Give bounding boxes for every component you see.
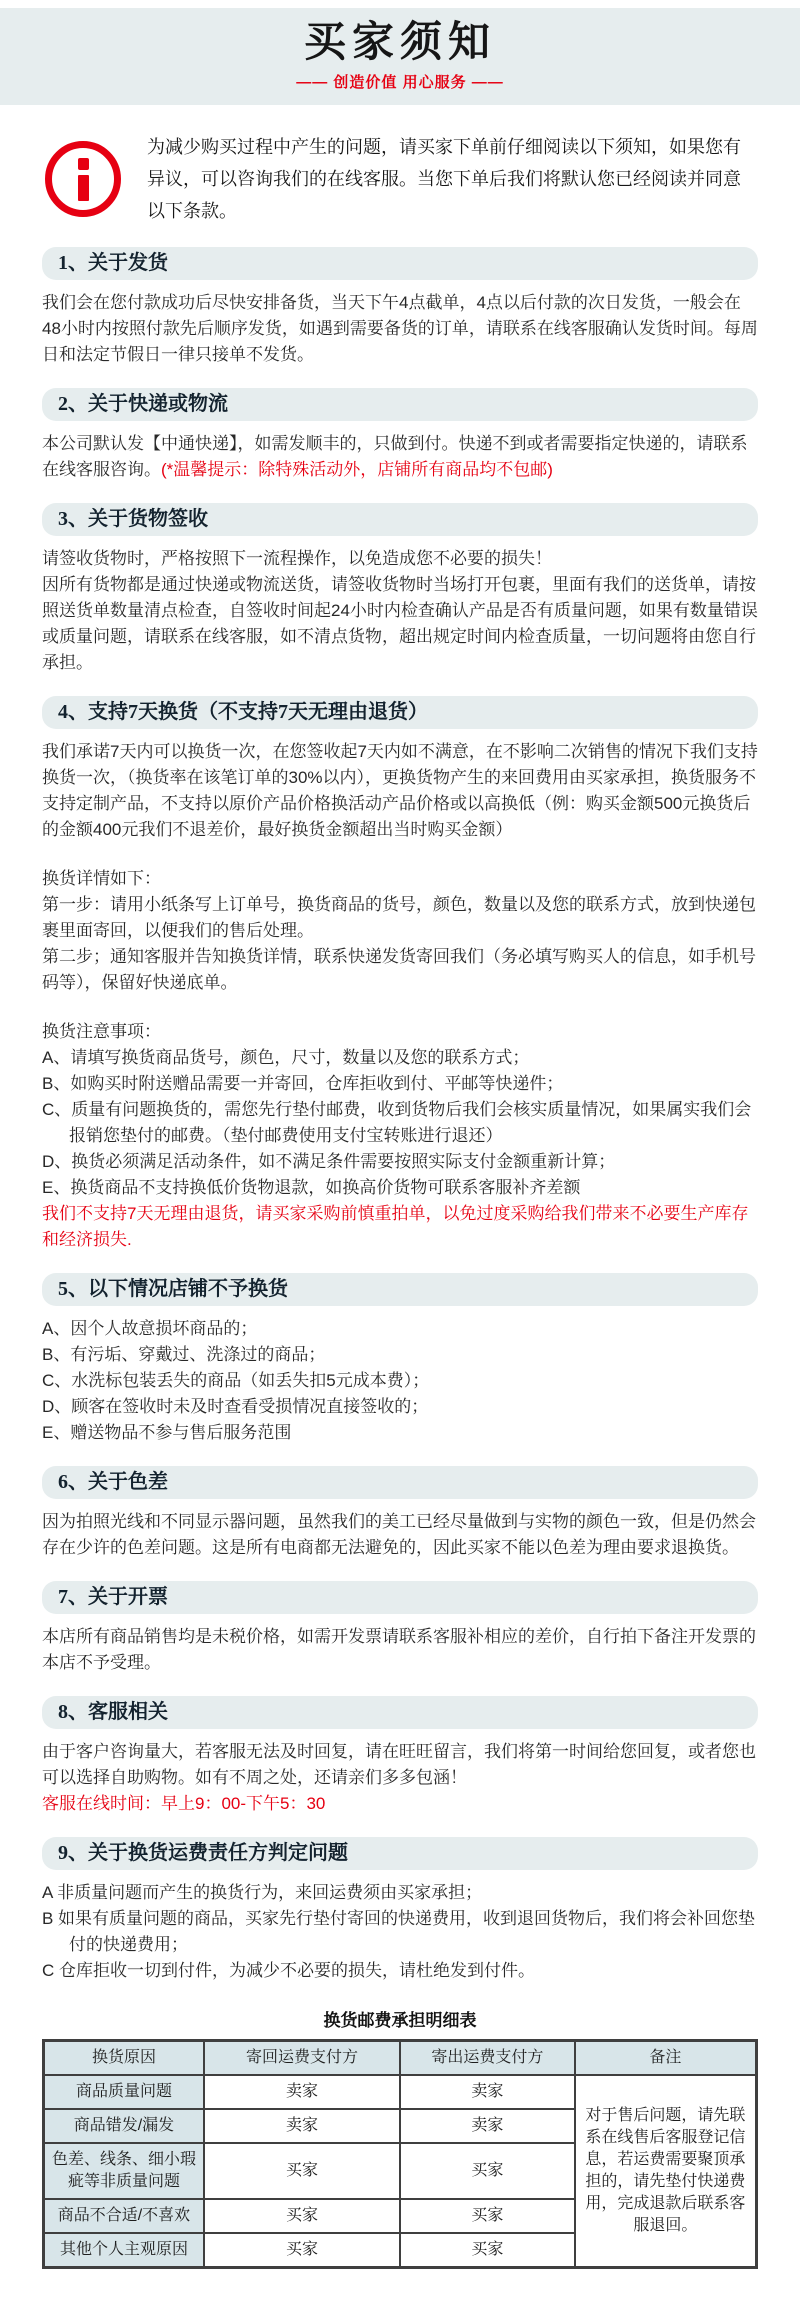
text-run: 我们承诺7天内可以换货一次，在您签收起7天内如不满意，在不影响二次销售的情况下我…	[42, 742, 758, 839]
cell-reason: 色差、线条、细小瑕疵等非质量问题	[44, 2143, 204, 2199]
text-run: 我们会在您付款成功后尽快安排备货，当天下午4点截单，4点以后付款的次日发货，一般…	[42, 293, 758, 364]
paragraph: 客服在线时间：早上9：00-下午5：30	[42, 1791, 758, 1817]
cell-return-payer: 卖家	[204, 2075, 400, 2109]
cell-send-payer: 卖家	[400, 2109, 575, 2143]
list-item: C 仓库拒收一切到付件，为减少不必要的损失，请杜绝发到付件。	[42, 1958, 758, 1984]
section-heading-8: 8、客服相关	[42, 1696, 758, 1729]
text-run: 由于客户咨询量大，若客服无法及时回复，请在旺旺留言，我们将第一时间给您回复，或者…	[42, 1742, 756, 1787]
column-header-send-payer: 寄出运费支付方	[400, 2041, 575, 2076]
paragraph: 本公司默认发【中通快递】，如需发顺丰的，只做到付。快递不到或者需要指定快递的，请…	[42, 431, 758, 483]
paragraph: 我们承诺7天内可以换货一次，在您签收起7天内如不满意，在不影响二次销售的情况下我…	[42, 739, 758, 843]
section-body-7: 本店所有商品销售均是未税价格，如需开发票请联系客服补相应的差价，自行拍下备注开发…	[42, 1624, 758, 1676]
cell-remark: 对于售后问题，请先联系在线售后客服登记信息，若运费需要聚顶承担的，请先垫付快递费…	[575, 2075, 757, 2268]
cell-send-payer: 买家	[400, 2143, 575, 2199]
section-6: 6、关于色差因为拍照光线和不同显示器问题，虽然我们的美工已经尽量做到与实物的颜色…	[42, 1466, 758, 1561]
column-header-reason: 换货原因	[44, 2041, 204, 2076]
text-run: 因为拍照光线和不同显示器问题，虽然我们的美工已经尽量做到与实物的颜色一致，但是仍…	[42, 1512, 756, 1557]
text-run: 换货详情如下：	[42, 869, 161, 888]
section-body-3: 请签收货物时，严格按照下一流程操作，以免造成您不必要的损失！因所有货物都是通过快…	[42, 546, 758, 676]
section-heading-4: 4、支持7天换货（不支持7天无理由退货）	[42, 696, 758, 729]
column-header-return-payer: 寄回运费支付方	[204, 2041, 400, 2076]
list-item: D、顾客在签收时未及时查看受损情况直接签收的；	[42, 1394, 758, 1420]
section-heading-3: 3、关于货物签收	[42, 503, 758, 536]
column-header-remark: 备注	[575, 2041, 757, 2076]
list-item: E、换货商品不支持换低价货物退款，如换高价货物可联系客服补齐差额	[42, 1175, 758, 1201]
section-heading-2: 2、关于快递或物流	[42, 388, 758, 421]
text-run: C、水洗标包装丢失的商品（如丢失扣5元成本费）；	[42, 1371, 429, 1390]
list-item: D、换货必须满足活动条件，如不满足条件需要按照实际支付金额重新计算；	[42, 1149, 758, 1175]
paragraph: 本店所有商品销售均是未税价格，如需开发票请联系客服补相应的差价，自行拍下备注开发…	[42, 1624, 758, 1676]
text-run: D、换货必须满足活动条件，如不满足条件需要按照实际支付金额重新计算；	[42, 1152, 615, 1171]
paragraph: 第一步：请用小纸条写上订单号，换货商品的货号，颜色，数量以及您的联系方式，放到快…	[42, 892, 758, 944]
text-run: 第一步：请用小纸条写上订单号，换货商品的货号，颜色，数量以及您的联系方式，放到快…	[42, 895, 756, 940]
text-run: B 如果有质量问题的商品，买家先行垫付寄回的快递费用，收到退回货物后，我们将会补…	[42, 1909, 755, 1954]
info-icon-dot	[78, 158, 89, 170]
paragraph: 因所有货物都是通过快递或物流送货，请签收货物时当场打开包裹，里面有我们的送货单，…	[42, 572, 758, 676]
section-5: 5、以下情况店铺不予换货A、因个人故意损坏商品的；B、有污垢、穿戴过、洗涤过的商…	[42, 1273, 758, 1446]
red-text: 我们不支持7天无理由退货，请买家采购前慎重拍单，以免过度采购给我们带来不必要生产…	[42, 1204, 748, 1249]
text-run: 因所有货物都是通过快递或物流送货，请签收货物时当场打开包裹，里面有我们的送货单，…	[42, 575, 758, 672]
list-item: A 非质量问题而产生的换货行为，来回运费须由买家承担；	[42, 1880, 758, 1906]
list-item: A、请填写换货商品货号，颜色，尺寸，数量以及您的联系方式；	[42, 1045, 758, 1071]
fee-table-body: 商品质量问题卖家卖家对于售后问题，请先联系在线售后客服登记信息，若运费需要聚顶承…	[44, 2075, 757, 2268]
paragraph: 我们会在您付款成功后尽快安排备货，当天下午4点截单，4点以后付款的次日发货，一般…	[42, 290, 758, 368]
section-body-6: 因为拍照光线和不同显示器问题，虽然我们的美工已经尽量做到与实物的颜色一致，但是仍…	[42, 1509, 758, 1561]
section-body-8: 由于客户咨询量大，若客服无法及时回复，请在旺旺留言，我们将第一时间给您回复，或者…	[42, 1739, 758, 1817]
cell-reason: 其他个人主观原因	[44, 2233, 204, 2268]
paragraph: 我们不支持7天无理由退货，请买家采购前慎重拍单，以免过度采购给我们带来不必要生产…	[42, 1201, 758, 1253]
fee-table-title: 换货邮费承担明细表	[42, 2006, 758, 2031]
paragraph: 因为拍照光线和不同显示器问题，虽然我们的美工已经尽量做到与实物的颜色一致，但是仍…	[42, 1509, 758, 1561]
list-item: C、水洗标包装丢失的商品（如丢失扣5元成本费）；	[42, 1368, 758, 1394]
buyer-notice-page: { "colors": { "accent_red": "#e60012", "…	[0, 8, 800, 2299]
cell-return-payer: 卖家	[204, 2109, 400, 2143]
cell-send-payer: 买家	[400, 2233, 575, 2268]
section-body-5: A、因个人故意损坏商品的；B、有污垢、穿戴过、洗涤过的商品；C、水洗标包装丢失的…	[42, 1316, 758, 1446]
text-run: A、请填写换货商品货号，颜色，尺寸，数量以及您的联系方式；	[42, 1048, 529, 1067]
text-run: 第二步；通知客服并告知换货详情，联系快递发货寄回我们（务必填写购买人的信息，如手…	[42, 947, 756, 992]
section-2: 2、关于快递或物流本公司默认发【中通快递】，如需发顺丰的，只做到付。快递不到或者…	[42, 388, 758, 483]
page-title: 买家须知	[0, 18, 800, 66]
cell-return-payer: 买家	[204, 2143, 400, 2199]
text-run: A、因个人故意损坏商品的；	[42, 1319, 257, 1338]
red-text: (*温馨提示：除特殊活动外，店铺所有商品均不包邮)	[161, 460, 553, 479]
section-1: 1、关于发货我们会在您付款成功后尽快安排备货，当天下午4点截单，4点以后付款的次…	[42, 247, 758, 368]
paragraph: 由于客户咨询量大，若客服无法及时回复，请在旺旺留言，我们将第一时间给您回复，或者…	[42, 1739, 758, 1791]
cell-send-payer: 卖家	[400, 2075, 575, 2109]
info-icon-stem	[78, 175, 89, 201]
section-body-2: 本公司默认发【中通快递】，如需发顺丰的，只做到付。快递不到或者需要指定快递的，请…	[42, 431, 758, 483]
cell-return-payer: 买家	[204, 2199, 400, 2233]
intro-banner: 为减少购买过程中产生的问题，请买家下单前仔细阅读以下须知，如果您有异议，可以咨询…	[45, 131, 755, 227]
fee-table-header-row: 换货原因 寄回运费支付方 寄出运费支付方 备注	[44, 2041, 757, 2076]
section-7: 7、关于开票本店所有商品销售均是未税价格，如需开发票请联系客服补相应的差价，自行…	[42, 1581, 758, 1676]
fee-table: 换货原因 寄回运费支付方 寄出运费支付方 备注 商品质量问题卖家卖家对于售后问题…	[42, 2039, 758, 2269]
section-heading-1: 1、关于发货	[42, 247, 758, 280]
text-run: E、赠送物品不参与售后服务范围	[42, 1423, 291, 1442]
notice-sections: 1、关于发货我们会在您付款成功后尽快安排备货，当天下午4点截单，4点以后付款的次…	[42, 247, 758, 1984]
list-item: A、因个人故意损坏商品的；	[42, 1316, 758, 1342]
spacer	[42, 843, 758, 866]
cell-reason: 商品质量问题	[44, 2075, 204, 2109]
list-item: B、如购买时附送赠品需要一并寄回，仓库拒收到付、平邮等快递件；	[42, 1071, 758, 1097]
red-text: 客服在线时间：早上9：00-下午5：30	[42, 1794, 325, 1813]
section-9: 9、关于换货运费责任方判定问题A 非质量问题而产生的换货行为，来回运费须由买家承…	[42, 1837, 758, 1984]
text-run: 请签收货物时，严格按照下一流程操作，以免造成您不必要的损失！	[42, 549, 552, 568]
fee-table-row: 商品质量问题卖家卖家对于售后问题，请先联系在线售后客服登记信息，若运费需要聚顶承…	[44, 2075, 757, 2109]
fee-table-section: 换货邮费承担明细表 换货原因 寄回运费支付方 寄出运费支付方 备注 商品质量问题…	[42, 2006, 758, 2299]
text-run: D、顾客在签收时未及时查看受损情况直接签收的；	[42, 1397, 428, 1416]
text-run: A 非质量问题而产生的换货行为，来回运费须由买家承担；	[42, 1883, 482, 1902]
section-body-9: A 非质量问题而产生的换货行为，来回运费须由买家承担；B 如果有质量问题的商品，…	[42, 1880, 758, 1984]
text-run: B、如购买时附送赠品需要一并寄回，仓库拒收到付、平邮等快递件；	[42, 1074, 563, 1093]
paragraph: 请签收货物时，严格按照下一流程操作，以免造成您不必要的损失！	[42, 546, 758, 572]
section-heading-9: 9、关于换货运费责任方判定问题	[42, 1837, 758, 1870]
section-heading-5: 5、以下情况店铺不予换货	[42, 1273, 758, 1306]
intro-text: 为减少购买过程中产生的问题，请买家下单前仔细阅读以下须知，如果您有异议，可以咨询…	[147, 131, 755, 227]
paragraph: 换货注意事项：	[42, 1019, 758, 1045]
cell-reason: 商品不合适/不喜欢	[44, 2199, 204, 2233]
info-icon	[45, 141, 121, 217]
cell-reason: 商品错发/漏发	[44, 2109, 204, 2143]
list-item: B 如果有质量问题的商品，买家先行垫付寄回的快递费用，收到退回货物后，我们将会补…	[42, 1906, 758, 1958]
section-4: 4、支持7天换货（不支持7天无理由退货）我们承诺7天内可以换货一次，在您签收起7…	[42, 696, 758, 1253]
section-heading-7: 7、关于开票	[42, 1581, 758, 1614]
text-run: E、换货商品不支持换低价货物退款，如换高价货物可联系客服补齐差额	[42, 1178, 580, 1197]
cell-return-payer: 买家	[204, 2233, 400, 2268]
text-run: B、有污垢、穿戴过、洗涤过的商品；	[42, 1345, 325, 1364]
list-item: C、质量有问题换货的，需您先行垫付邮费，收到货物后我们会核实质量情况，如果属实我…	[42, 1097, 758, 1149]
text-run: 换货注意事项：	[42, 1022, 161, 1041]
cell-send-payer: 买家	[400, 2199, 575, 2233]
paragraph: 换货详情如下：	[42, 866, 758, 892]
list-item: E、赠送物品不参与售后服务范围	[42, 1420, 758, 1446]
text-run: C、质量有问题换货的，需您先行垫付邮费，收到货物后我们会核实质量情况，如果属实我…	[42, 1100, 751, 1145]
masthead: 买家须知 —— 创造价值 用心服务 ——	[0, 8, 800, 105]
text-run: C 仓库拒收一切到付件，为减少不必要的损失，请杜绝发到付件。	[42, 1961, 535, 1980]
section-8: 8、客服相关由于客户咨询量大，若客服无法及时回复，请在旺旺留言，我们将第一时间给…	[42, 1696, 758, 1817]
paragraph: 第二步；通知客服并告知换货详情，联系快递发货寄回我们（务必填写购买人的信息，如手…	[42, 944, 758, 996]
section-body-4: 我们承诺7天内可以换货一次，在您签收起7天内如不满意，在不影响二次销售的情况下我…	[42, 739, 758, 1253]
text-run: 本店所有商品销售均是未税价格，如需开发票请联系客服补相应的差价，自行拍下备注开发…	[42, 1627, 756, 1672]
spacer	[42, 996, 758, 1019]
section-3: 3、关于货物签收请签收货物时，严格按照下一流程操作，以免造成您不必要的损失！因所…	[42, 503, 758, 676]
section-heading-6: 6、关于色差	[42, 1466, 758, 1499]
page-subtitle: —— 创造价值 用心服务 ——	[0, 71, 800, 92]
list-item: B、有污垢、穿戴过、洗涤过的商品；	[42, 1342, 758, 1368]
section-body-1: 我们会在您付款成功后尽快安排备货，当天下午4点截单，4点以后付款的次日发货，一般…	[42, 290, 758, 368]
